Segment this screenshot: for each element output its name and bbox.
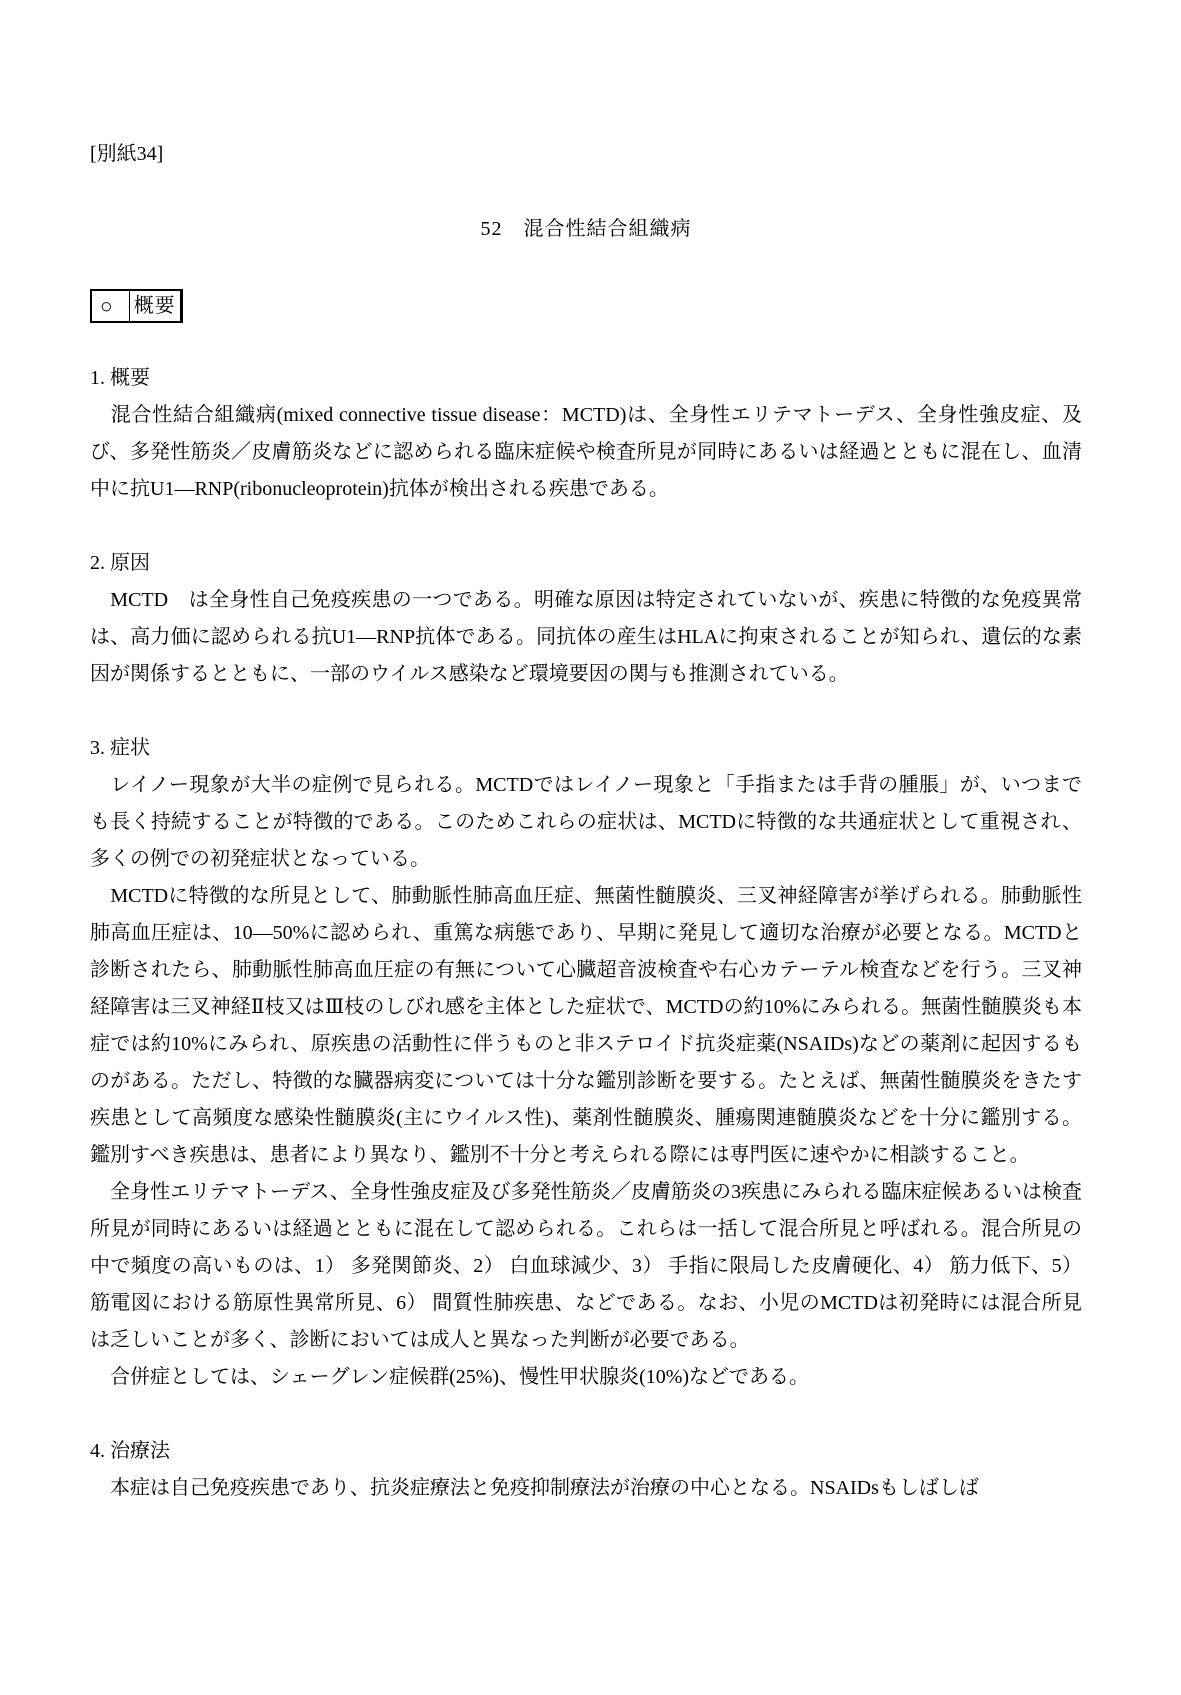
section-heading: 1. 概要 [90,360,1082,397]
section-paragraph: MCTDに特徴的な所見として、肺動脈性肺高血圧症、無菌性髄膜炎、三叉神経障害が挙… [90,878,1082,1174]
attachment-label: [別紙34] [90,136,1082,173]
circle-marker-icon: ○ [92,291,129,321]
section-overview: 1. 概要 混合性結合組織病(mixed connective tissue d… [90,360,1082,508]
overview-header-label: 概要 [129,291,181,321]
section-heading: 4. 治療法 [90,1433,1082,1470]
section-paragraph: 本症は自己免疫疾患であり、抗炎症療法と免疫抑制療法が治療の中心となる。NSAID… [90,1470,1082,1507]
document-page: [別紙34] 52 混合性結合組織病 ○ 概要 1. 概要 混合性結合組織病(m… [0,0,1181,1695]
section-cause: 2. 原因 MCTD は全身性自己免疫疾患の一つである。明確な原因は特定されてい… [90,545,1082,693]
section-heading: 2. 原因 [90,545,1082,582]
section-paragraph: 全身性エリテマトーデス、全身性強皮症及び多発性筋炎／皮膚筋炎の3疾患にみられる臨… [90,1174,1082,1359]
overview-header-row: ○ 概要 [90,289,1082,323]
section-paragraph: 混合性結合組織病(mixed connective tissue disease… [90,397,1082,508]
section-paragraph: レイノー現象が大半の症例で見られる。MCTDではレイノー現象と「手指または手背の… [90,767,1082,878]
section-paragraph: MCTD は全身性自己免疫疾患の一つである。明確な原因は特定されていないが、疾患… [90,582,1082,693]
section-symptoms: 3. 症状 レイノー現象が大半の症例で見られる。MCTDではレイノー現象と「手指… [90,730,1082,1396]
page-title: 52 混合性結合組織病 [90,211,1082,248]
section-treatment: 4. 治療法 本症は自己免疫疾患であり、抗炎症療法と免疫抑制療法が治療の中心とな… [90,1433,1082,1507]
document-column: [別紙34] 52 混合性結合組織病 ○ 概要 1. 概要 混合性結合組織病(m… [90,136,1082,1507]
section-heading: 3. 症状 [90,730,1082,767]
section-paragraph: 合併症としては、シェーグレン症候群(25%)、慢性甲状腺炎(10%)などである。 [90,1359,1082,1396]
overview-header-box: ○ 概要 [90,289,183,323]
